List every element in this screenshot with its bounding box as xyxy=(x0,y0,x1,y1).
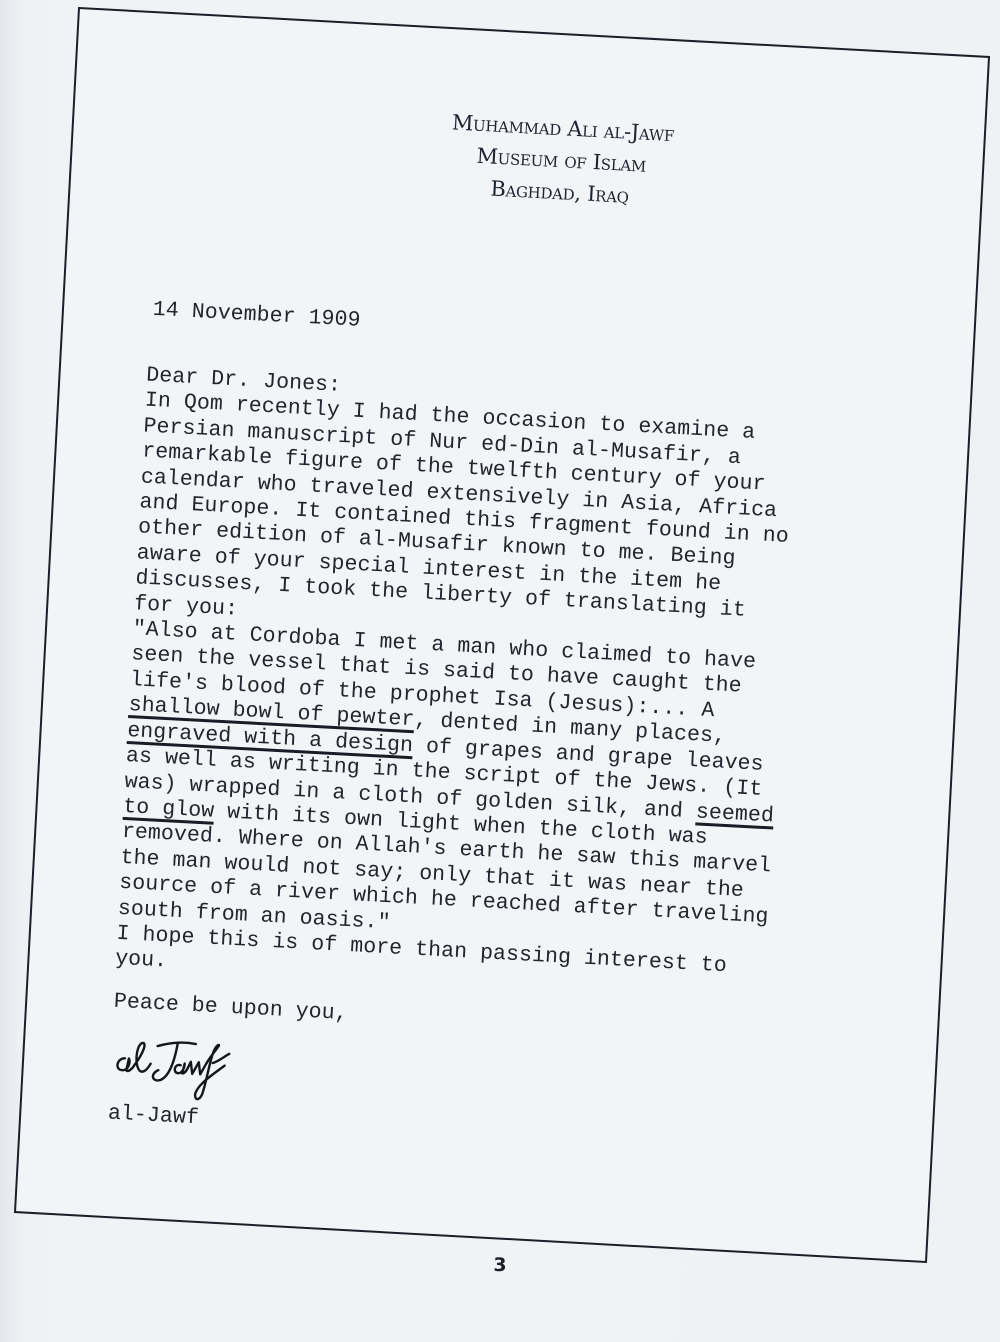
underlined-phrase: to glow xyxy=(123,795,215,824)
letter-date: 14 November 1909 xyxy=(152,298,361,333)
underlined-phrase: seemed xyxy=(695,800,774,828)
letter-body: Dear Dr. Jones: In Qom recently I had th… xyxy=(114,364,905,1013)
letter-content: Muhammad Ali al-Jawf Museum of Islam Bag… xyxy=(0,40,951,1266)
handwritten-signature xyxy=(111,1030,284,1109)
closing: Peace be upon you, xyxy=(113,990,348,1026)
page-number: 3 xyxy=(488,1254,512,1276)
letterhead: Muhammad Ali al-Jawf Museum of Islam Bag… xyxy=(409,104,714,216)
scanned-page: Muhammad Ali al-Jawf Museum of Islam Bag… xyxy=(0,0,1000,1342)
signer-name: al-Jawf xyxy=(107,1102,199,1131)
